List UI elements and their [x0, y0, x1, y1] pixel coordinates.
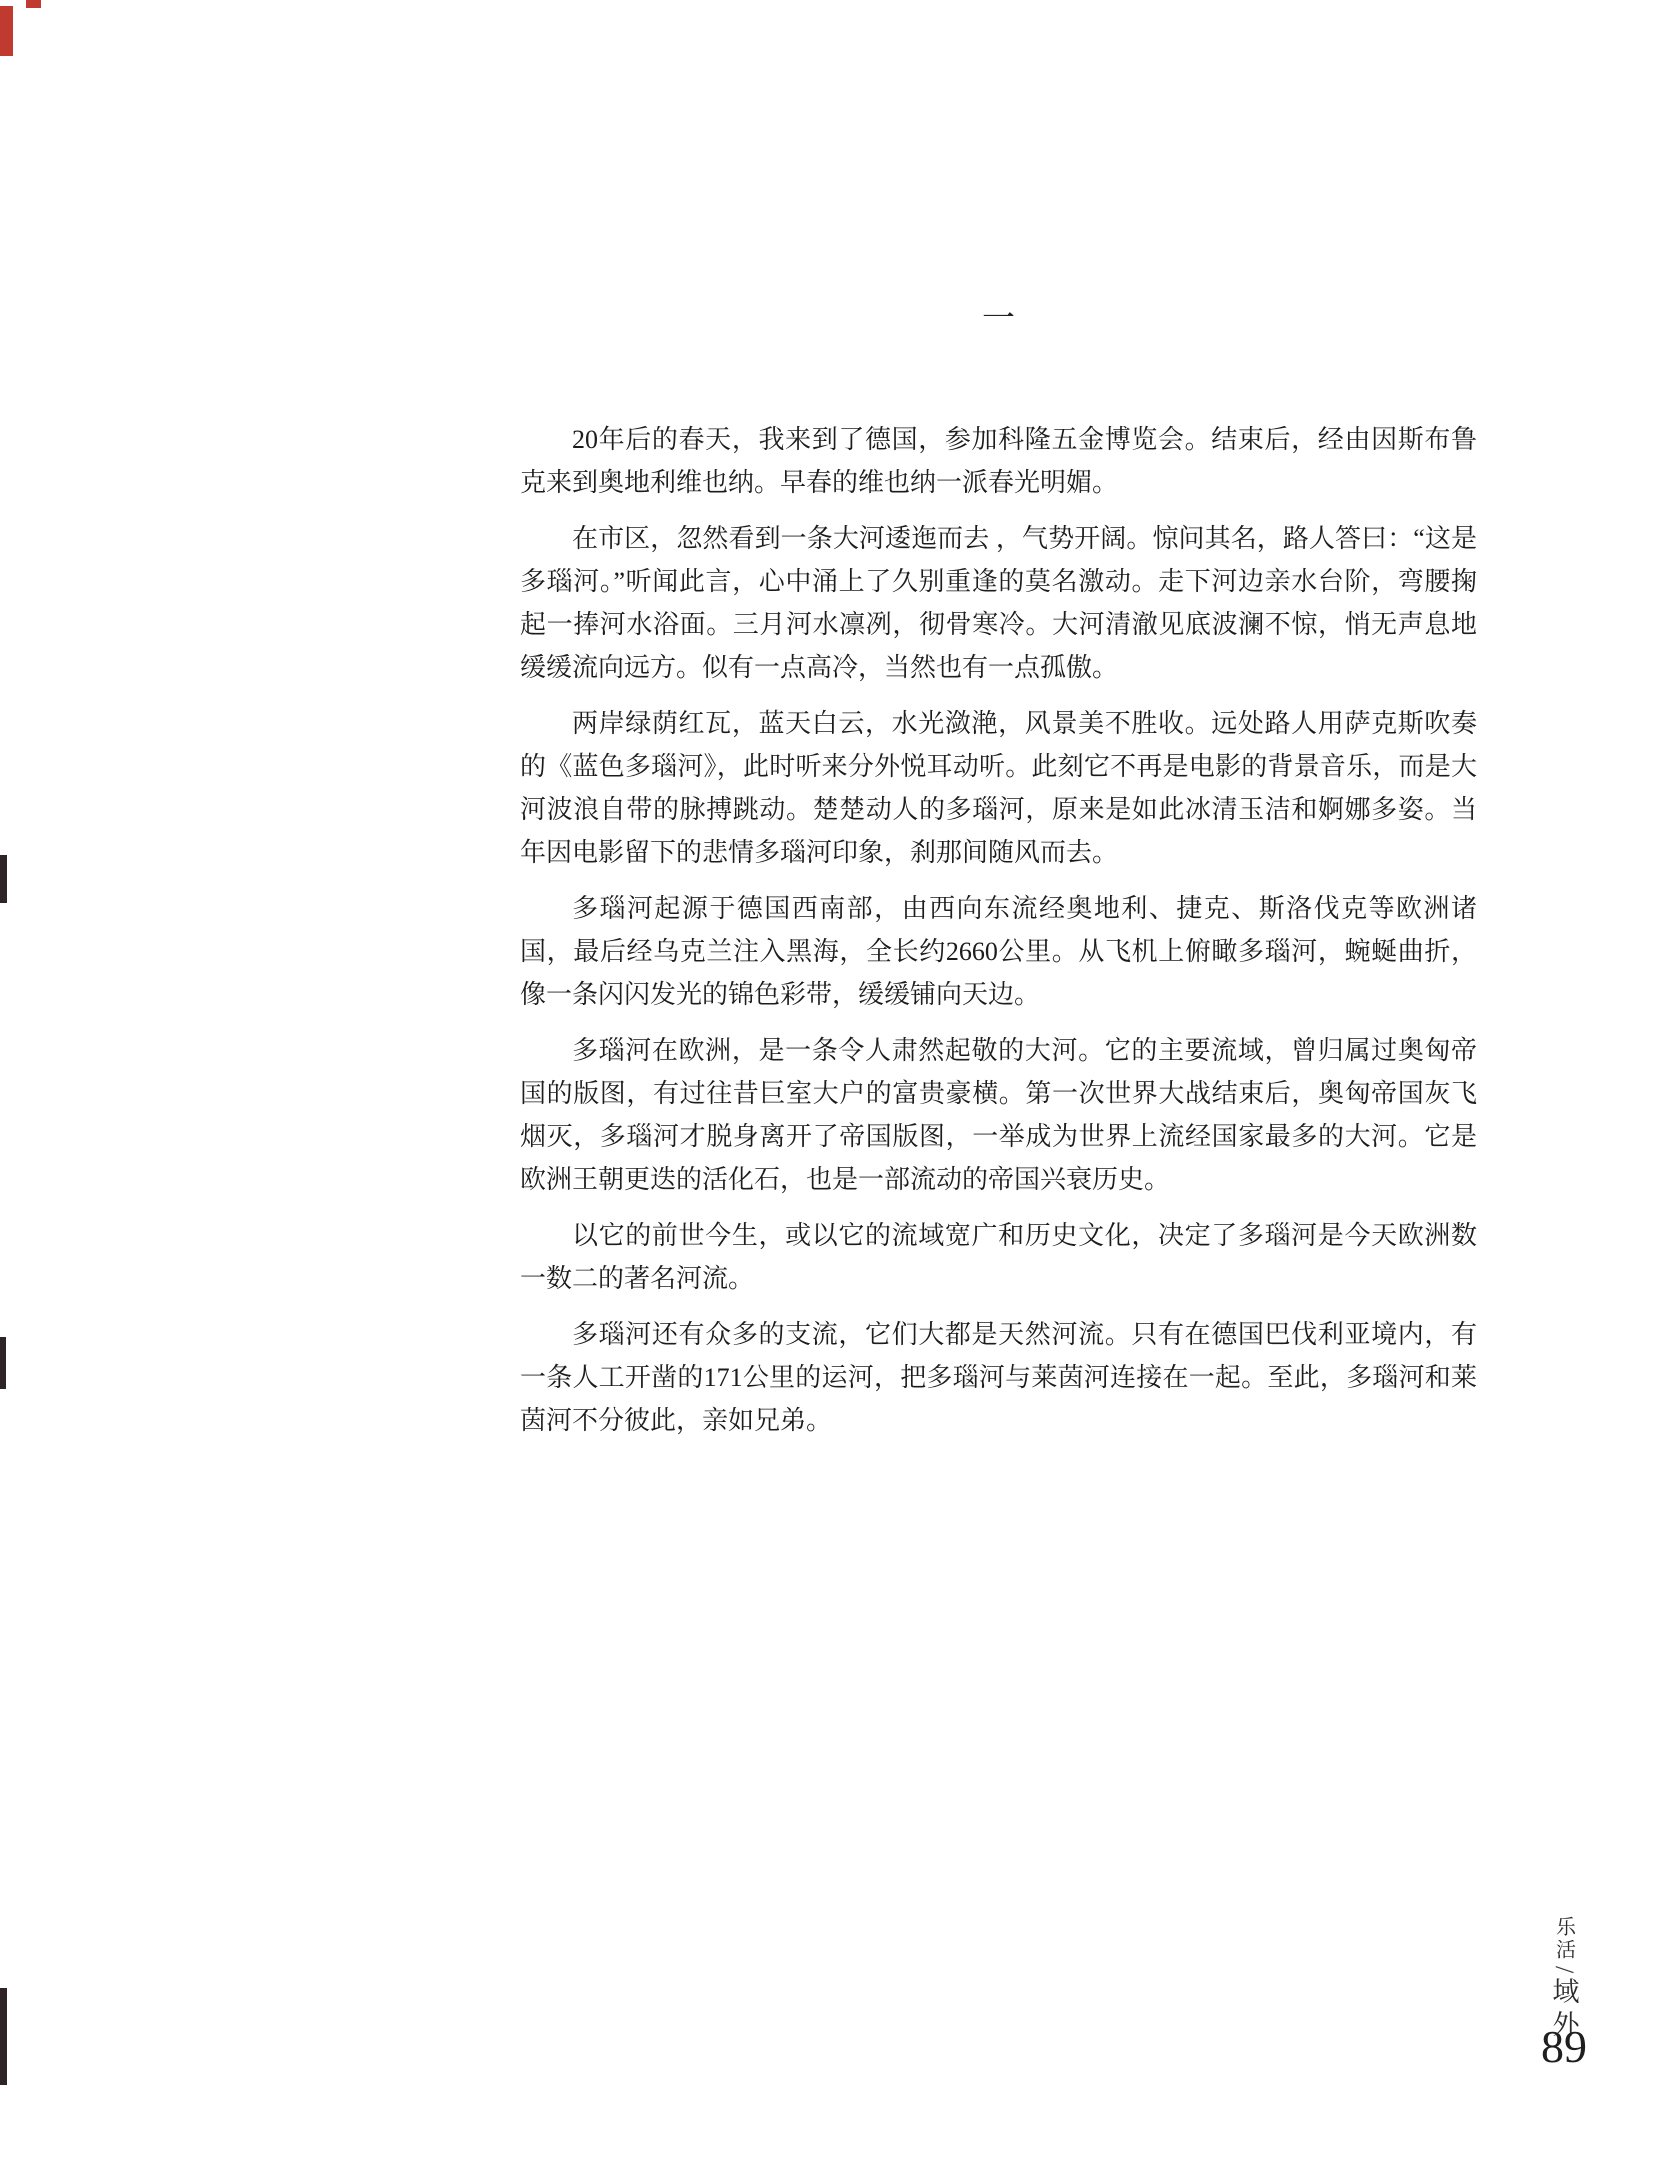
paragraph: 多瑙河在欧洲，是一条令人肃然起敬的大河。它的主要流域，曾归属过奥匈帝国的版图，有… [520, 1029, 1477, 1201]
footer-section-label: 乐活 [1550, 1916, 1579, 1962]
scan-artifact-left-2 [0, 1337, 6, 1389]
scan-artifact-corner-red [0, 6, 13, 56]
paragraph: 多瑙河起源于德国西南部，由西向东流经奥地利、捷克、斯洛伐克等欧洲诸国，最后经乌克… [520, 887, 1477, 1016]
section-marker: 一 [520, 300, 1477, 338]
scan-artifact-top-red [26, 0, 41, 8]
article-body: 20年后的春天，我来到了德国，参加科隆五金博览会。结束后，经由因斯布鲁克来到奥地… [520, 418, 1477, 1455]
scan-artifact-left-1 [0, 855, 7, 903]
paragraph: 两岸绿荫红瓦，蓝天白云，水光潋滟，风景美不胜收。远处路人用萨克斯吹奏的《蓝色多瑙… [520, 702, 1477, 874]
paragraph: 多瑙河还有众多的支流，它们大都是天然河流。只有在德国巴伐利亚境内，有一条人工开凿… [520, 1313, 1477, 1442]
paragraph: 以它的前世今生，或以它的流域宽广和历史文化，决定了多瑙河是今天欧洲数一数二的著名… [520, 1214, 1477, 1300]
magazine-page: 一 20年后的春天，我来到了德国，参加科隆五金博览会。结束后，经由因斯布鲁克来到… [0, 0, 1653, 2165]
footer-slash-separator: / [1549, 1966, 1579, 1973]
page-number: 89 [1534, 2022, 1594, 2072]
scan-artifact-left-3 [0, 1988, 7, 2085]
paragraph: 20年后的春天，我来到了德国，参加科隆五金博览会。结束后，经由因斯布鲁克来到奥地… [520, 418, 1477, 504]
paragraph: 在市区，忽然看到一条大河逶迤而去 ，气势开阔。惊问其名，路人答曰：“这是多瑙河。… [520, 517, 1477, 689]
